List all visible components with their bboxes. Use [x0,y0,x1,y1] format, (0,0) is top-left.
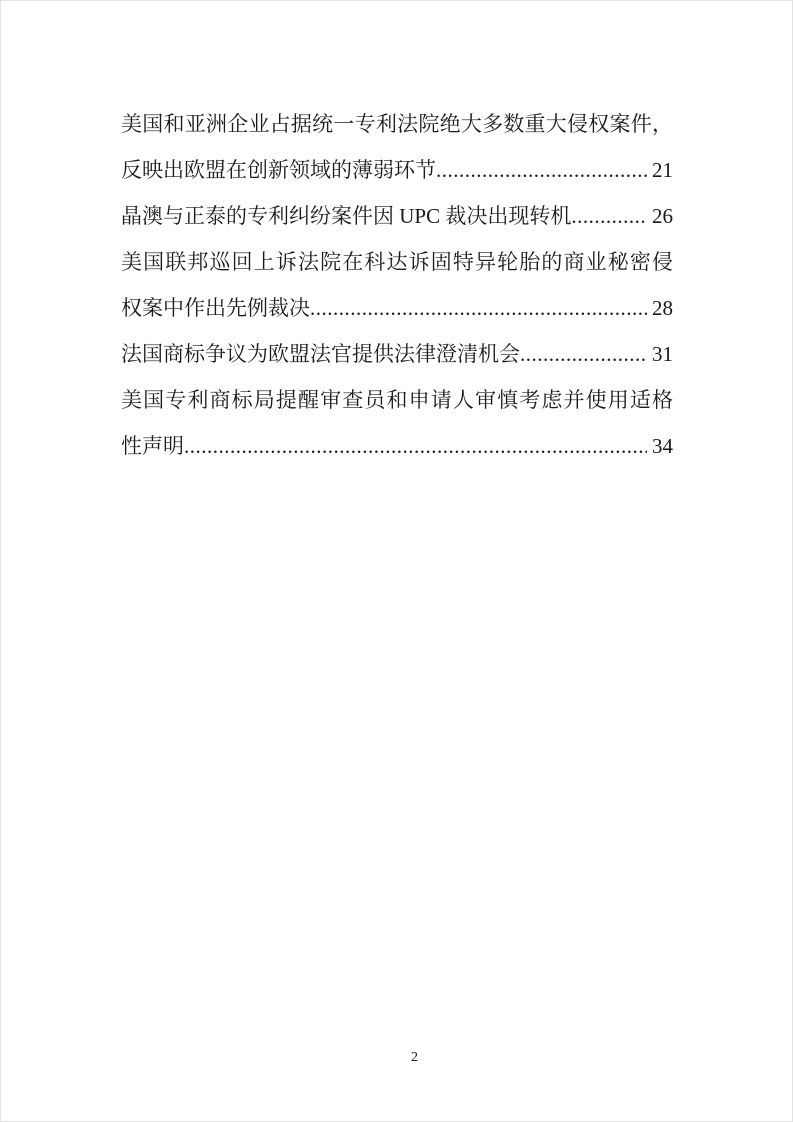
toc-page-number: 34 [647,423,673,469]
toc-entry-text-line: 美国专利商标局提醒审查员和申请人审慎考虑并使用适格 [121,377,673,423]
toc-entry-text: 权案中作出先例裁决 [121,285,310,331]
toc-page-number: 28 [647,285,673,331]
toc-entry[interactable]: 美国联邦巡回上诉法院在科达诉固特异轮胎的商业秘密侵 权案中作出先例裁决 ....… [121,239,673,331]
toc-entry[interactable]: 美国专利商标局提醒审查员和申请人审慎考虑并使用适格 性声明 ..........… [121,377,673,469]
toc-leader-dots: ........................................… [520,331,647,377]
toc-leader-dots: ........................................… [310,285,647,331]
toc-entry-last-line: 法国商标争议为欧盟法官提供法律澄清机会 ....................… [121,331,673,377]
toc-leader-dots: ........................................… [571,193,647,239]
toc-entry[interactable]: 晶澳与正泰的专利纠纷案件因 UPC 裁决出现转机 ...............… [121,193,673,239]
toc-entry-last-line: 权案中作出先例裁决 ..............................… [121,285,673,331]
document-page: 美国和亚洲企业占据统一专利法院绝大多数重大侵权案件， 反映出欧盟在创新领域的薄弱… [0,0,793,1122]
toc-entry-last-line: 性声明 ....................................… [121,423,673,469]
toc-leader-dots: ........................................… [436,147,647,193]
toc-entry-text: 性声明 [121,423,184,469]
toc-entry-text: 反映出欧盟在创新领域的薄弱环节 [121,147,436,193]
toc-leader-dots: ........................................… [184,423,647,469]
toc-page-number: 26 [647,193,673,239]
toc-entry-text-line: 美国联邦巡回上诉法院在科达诉固特异轮胎的商业秘密侵 [121,239,673,285]
toc-entry-text: 晶澳与正泰的专利纠纷案件因 UPC 裁决出现转机 [121,193,571,239]
toc-entry[interactable]: 美国和亚洲企业占据统一专利法院绝大多数重大侵权案件， 反映出欧盟在创新领域的薄弱… [121,101,673,193]
footer-page-number: 2 [411,1051,418,1065]
toc-page-number: 31 [647,331,673,377]
toc-entry[interactable]: 法国商标争议为欧盟法官提供法律澄清机会 ....................… [121,331,673,377]
toc-entry-text-line: 美国和亚洲企业占据统一专利法院绝大多数重大侵权案件， [121,101,673,147]
toc-entry-text: 法国商标争议为欧盟法官提供法律澄清机会 [121,331,520,377]
toc-page-number: 21 [647,147,673,193]
table-of-contents: 美国和亚洲企业占据统一专利法院绝大多数重大侵权案件， 反映出欧盟在创新领域的薄弱… [121,101,673,469]
toc-entry-last-line: 晶澳与正泰的专利纠纷案件因 UPC 裁决出现转机 ...............… [121,193,673,239]
toc-entry-last-line: 反映出欧盟在创新领域的薄弱环节 ........................… [121,147,673,193]
